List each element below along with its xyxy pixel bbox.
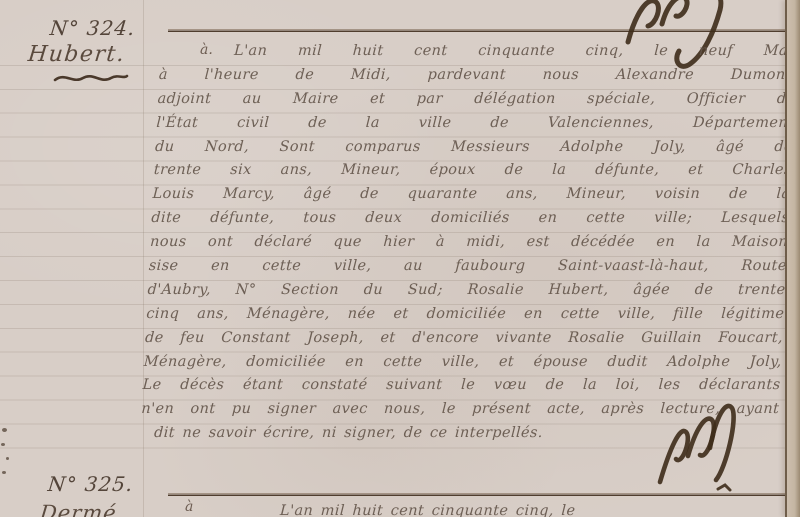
- next-act-separator-rule: [168, 493, 788, 496]
- handwritten-line: sise en cette ville, au faubourg Saint-v…: [148, 255, 787, 279]
- handwritten-line: adjoint au Maire et par délégation spéci…: [157, 88, 796, 112]
- act-number: N° 324.: [49, 16, 137, 40]
- next-act-first-line: L'an mil huit cent cinquante cinq, le: [280, 503, 786, 517]
- handwritten-line: du Nord, Sont comparus Messieurs Adolphe…: [154, 136, 793, 160]
- handwritten-line: Ménagère, domiciliée en cette ville, et …: [143, 351, 782, 375]
- page-binding-edge: [785, 0, 800, 517]
- act-name: Hubert.: [27, 42, 127, 67]
- registrar-signature-icon: [652, 396, 772, 496]
- act-body: L'an mil huit cent cinquante cinq, le ne…: [139, 40, 798, 446]
- handwritten-line: Louis Marcy, âgé de quarante ans, Mineur…: [152, 183, 791, 207]
- handwritten-line: Le décès étant constaté suivant le vœu d…: [142, 374, 781, 398]
- handwritten-line: à l'heure de Midi, pardevant nous Alexan…: [158, 64, 797, 88]
- flourish-underline-icon: [52, 70, 130, 86]
- next-act-number: N° 325.: [47, 472, 135, 496]
- handwritten-line: d'Aubry, N° Section du Sud; Rosalie Hube…: [147, 279, 786, 303]
- handwritten-line: nous ont déclaré que hier à midi, est dé…: [149, 231, 788, 255]
- handwritten-line: l'État civil de la ville de Valenciennes…: [156, 112, 795, 136]
- next-act-name: Dermé: [39, 501, 118, 517]
- register-page: N° 324. Hubert. à. L'an mil huit cent ci…: [0, 0, 800, 517]
- handwritten-line: de feu Constant Joseph, et d'encore viva…: [144, 327, 783, 351]
- handwritten-line: trente six ans, Mineur, époux de la défu…: [153, 159, 792, 183]
- ink-speck: [2, 428, 7, 432]
- handwritten-line: L'an mil huit cent cinquante cinq, le ne…: [159, 40, 798, 64]
- ink-speck: [1, 443, 5, 446]
- ink-speck: [6, 457, 9, 460]
- next-act-lead-mark: à: [185, 499, 193, 515]
- handwritten-line: dite défunte, tous deux domiciliés en ce…: [151, 207, 790, 231]
- ink-speck: [2, 471, 6, 474]
- handwritten-line: cinq ans, Ménagère, née et domiciliée en…: [146, 303, 785, 327]
